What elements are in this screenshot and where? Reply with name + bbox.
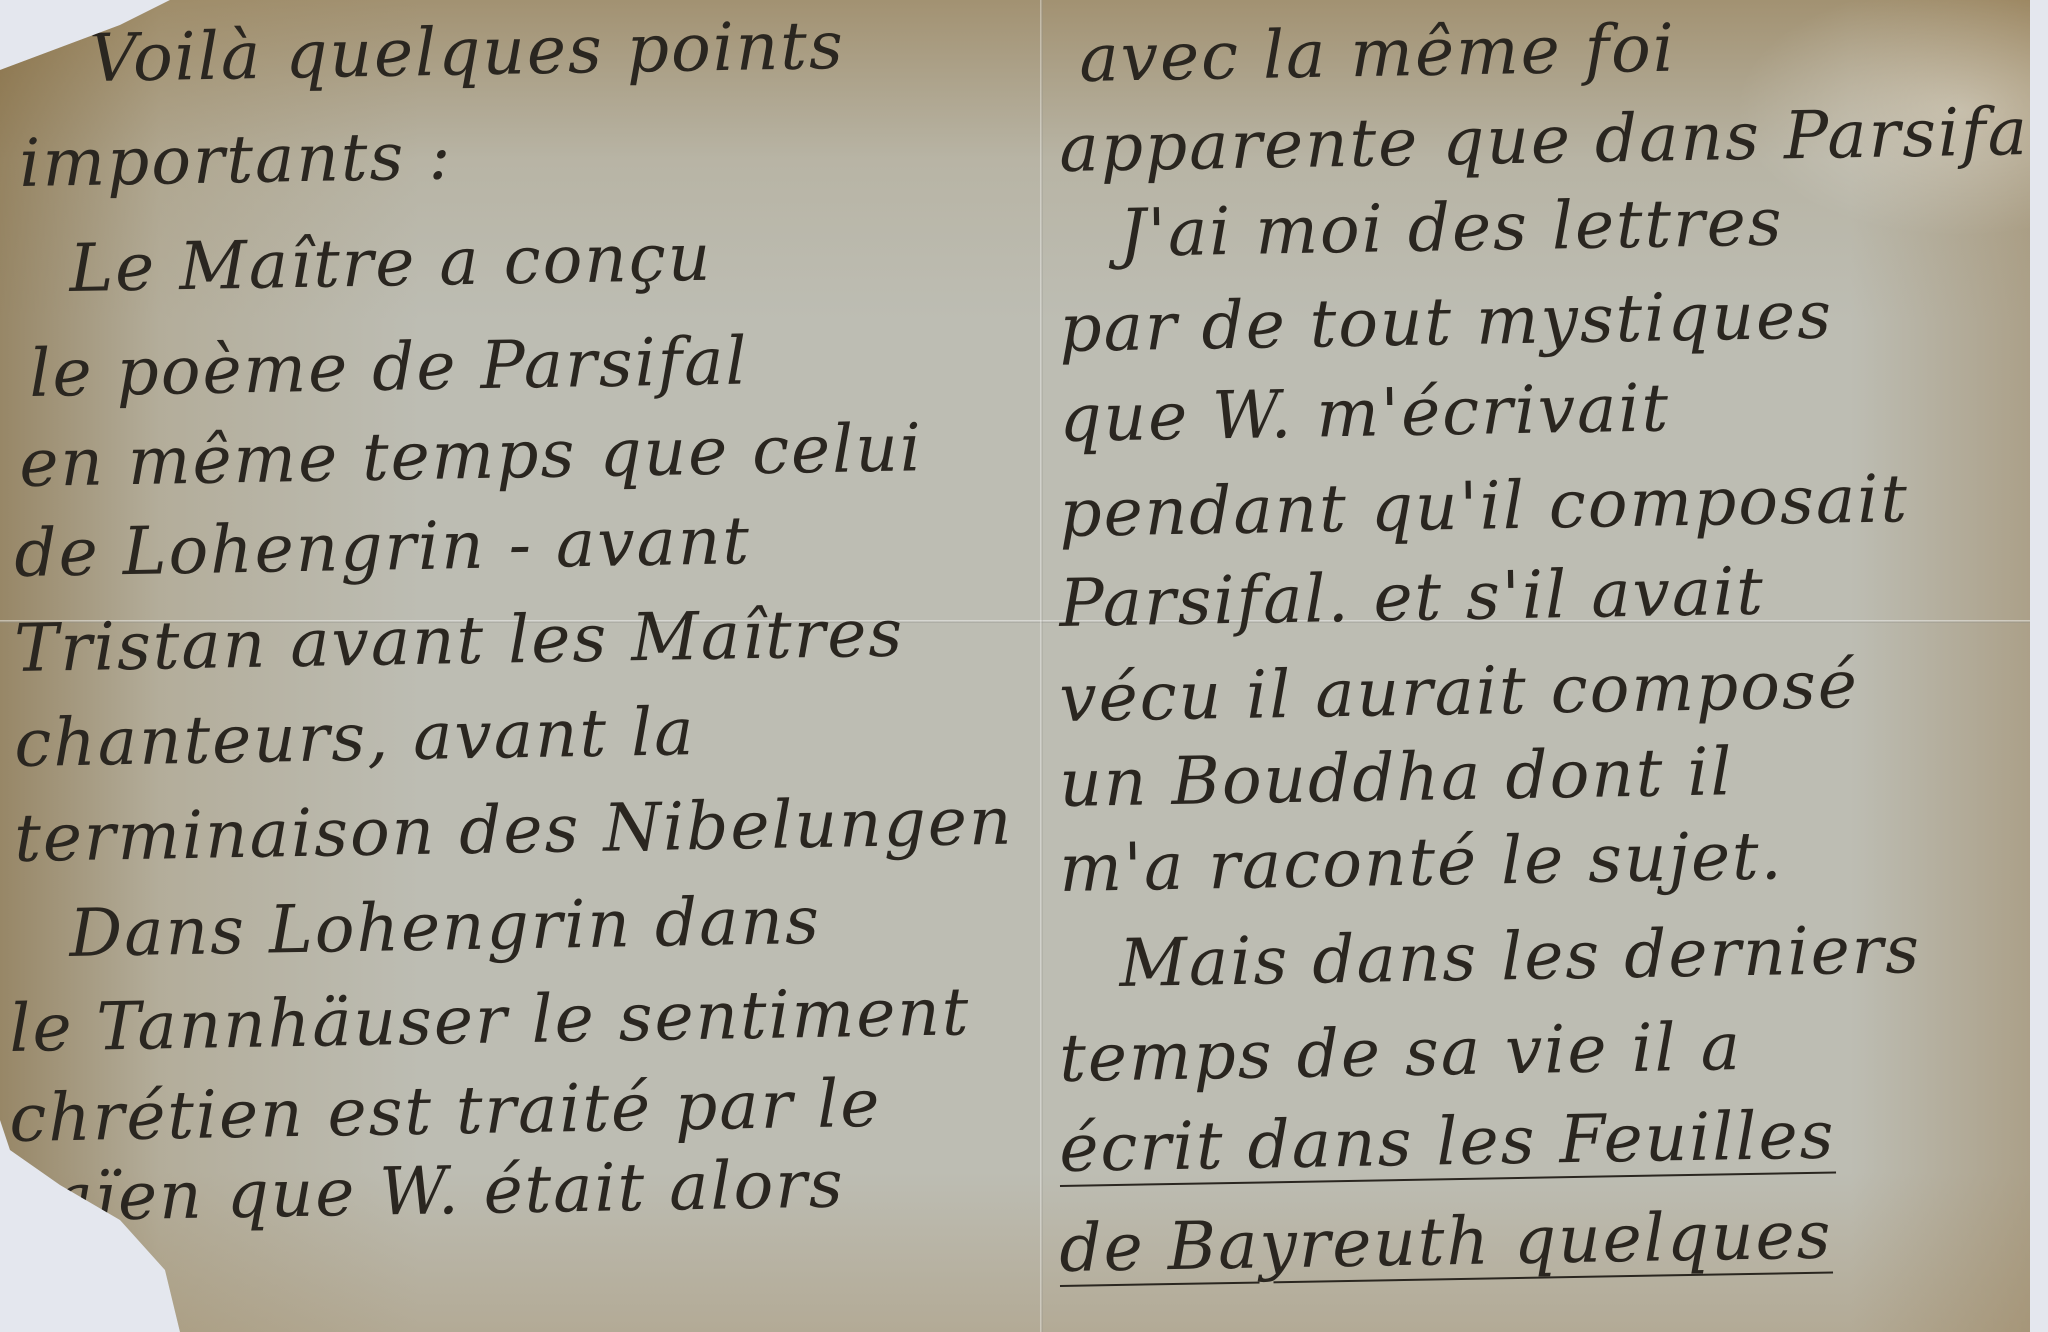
letter-line: Tristan avant les Maîtres bbox=[14, 594, 905, 687]
letter-line: que W. m'écrivait bbox=[1059, 369, 1671, 457]
letter-line: importants : bbox=[19, 117, 453, 202]
letter-line: apparente que dans Parsifal. bbox=[1059, 92, 2048, 187]
letter-line: terminaison des Nibelungen bbox=[14, 783, 1014, 877]
letter-line: le Tannhäuser le sentiment bbox=[9, 973, 971, 1067]
letter-line-underlined: écrit dans les Feuilles bbox=[1059, 1096, 1836, 1187]
letter-line: m'a raconté le sujet. bbox=[1059, 817, 1785, 907]
letter-line: Le Maître a conçu bbox=[69, 219, 713, 307]
letter-sheet: Voilà quelques points importants : Le Ma… bbox=[0, 0, 2030, 1332]
letter-line: Dans Lohengrin dans bbox=[69, 882, 822, 972]
letter-line: chanteurs, avant la bbox=[14, 693, 696, 782]
letter-line: chrétien est traité par le bbox=[9, 1065, 882, 1157]
letter-line: païen que W. était alors bbox=[9, 1145, 846, 1237]
letter-line: de Lohengrin - avant bbox=[14, 502, 752, 592]
photo-background: Voilà quelques points importants : Le Ma… bbox=[0, 0, 2048, 1332]
letter-line: Voilà quelques points bbox=[89, 7, 846, 97]
letter-line: par de tout mystiques bbox=[1059, 277, 1834, 367]
letter-line: en même temps que celui bbox=[19, 409, 924, 502]
letter-line: avec la même foi bbox=[1079, 10, 1677, 97]
letter-line: J'ai moi des lettres bbox=[1119, 183, 1785, 272]
letter-line: temps de sa vie il a bbox=[1059, 1008, 1743, 1097]
letter-line-underlined: de Bayreuth quelques bbox=[1059, 1197, 1833, 1287]
letter-line: un Bouddha dont il bbox=[1059, 733, 1735, 822]
letter-line: le poème de Parsifal bbox=[29, 322, 750, 412]
letter-line: Mais dans les derniers bbox=[1119, 911, 1922, 1002]
vertical-fold bbox=[1040, 0, 1043, 1332]
letter-line: vécu il aurait composé bbox=[1059, 646, 1860, 737]
letter-line: Parsifal. et s'il avait bbox=[1059, 553, 1766, 642]
letter-line: pendant qu'il composait bbox=[1059, 460, 1910, 552]
